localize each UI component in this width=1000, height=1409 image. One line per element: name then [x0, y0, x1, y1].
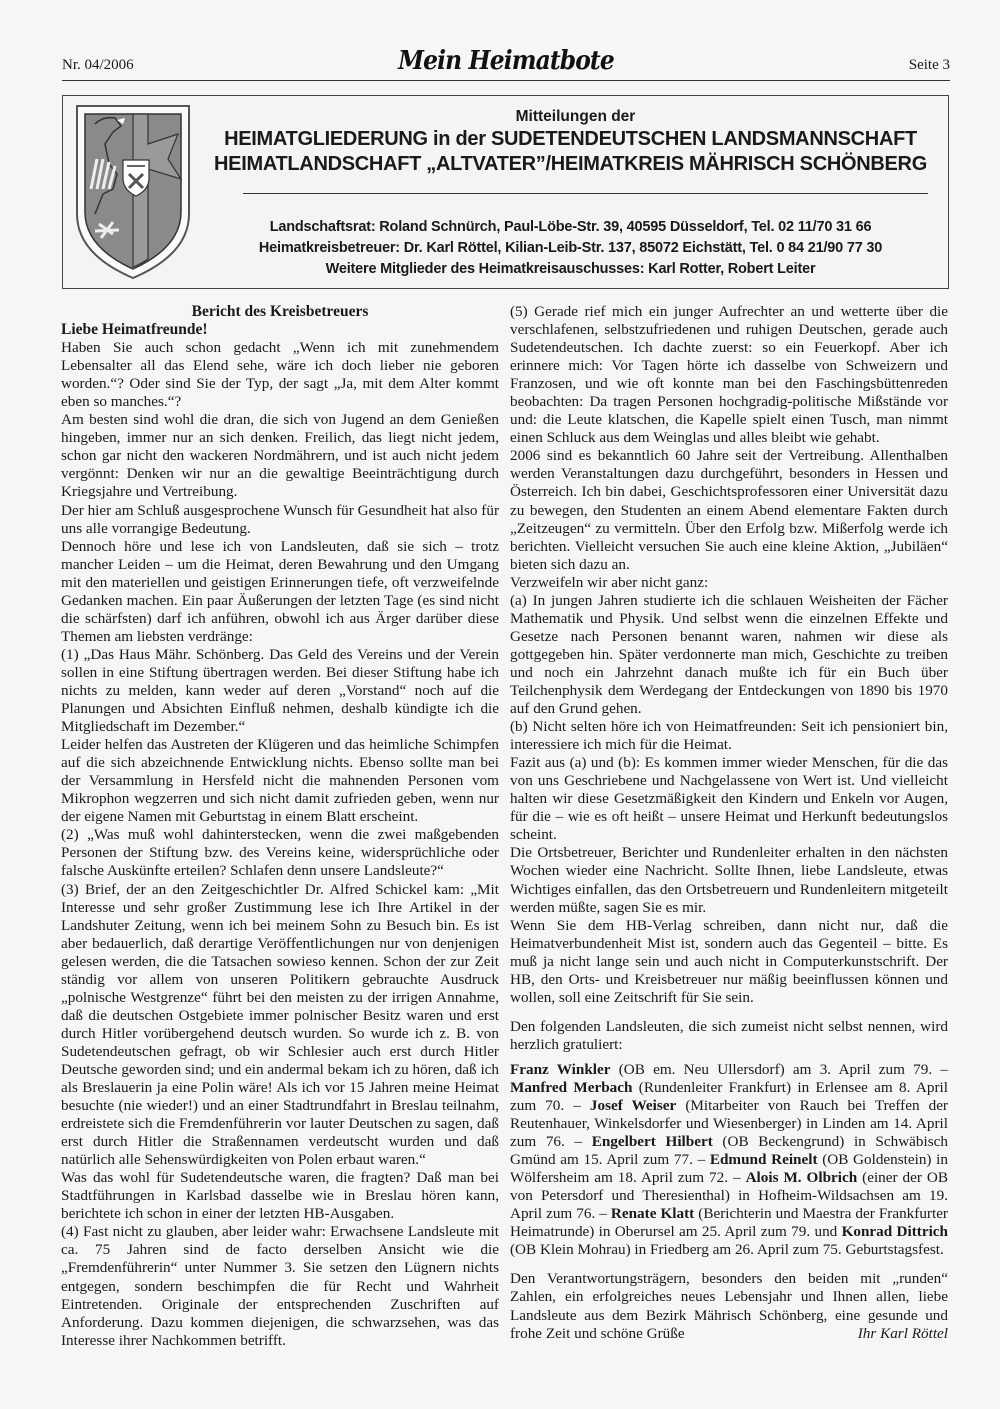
contact-landschaftsrat: Landschaftsrat: Roland Schnürch, Paul-Lö…	[203, 219, 938, 235]
organization-banner: Mitteilungen der HEIMATGLIEDERUNG in der…	[62, 95, 949, 289]
article-title: Bericht des Kreisbetreuers	[61, 303, 499, 321]
birthday-name: Josef Weiser	[590, 1097, 676, 1114]
paragraph: (2) „Was muß wohl dahinterstecken, wenn …	[61, 826, 499, 880]
birthday-list: Franz Winkler (OB em. Neu Ullersdorf) am…	[510, 1061, 948, 1260]
contact-heimatkreisbetreuer: Heimatkreisbetreuer: Dr. Karl Röttel, Ki…	[203, 240, 938, 256]
paragraph: (3) Brief, der an den Zeitgeschichtler D…	[61, 881, 499, 1170]
paragraph: (a) In jungen Jahren studierte ich die s…	[510, 592, 948, 718]
coat-of-arms-icon	[73, 104, 193, 280]
paragraph: Dennoch höre und lese ich von Landsleute…	[61, 538, 499, 646]
paragraph: 2006 sind es bekanntlich 60 Jahre seit d…	[510, 447, 948, 573]
paragraph: Der hier am Schluß ausgesprochene Wunsch…	[61, 502, 499, 538]
contact-members: Weitere Mitglieder des Heimatkreisauschu…	[203, 261, 938, 277]
paragraph: (5) Gerade rief mich ein junger Aufrecht…	[510, 303, 948, 447]
salutation: Liebe Heimatfreunde!	[61, 321, 499, 339]
article-column-right: (5) Gerade rief mich ein junger Aufrecht…	[510, 303, 948, 1343]
paragraph: Wenn Sie dem HB-Verlag schreiben, dann n…	[510, 917, 948, 1007]
birthday-name: Franz Winkler	[510, 1061, 610, 1078]
closing-paragraph: Den Verantwortungsträgern, besonders den…	[510, 1270, 948, 1342]
banner-title-line2: HEIMATLANDSCHAFT „ALTVATER”/HEIMATKREIS …	[203, 153, 938, 176]
banner-title-line1: HEIMATGLIEDERUNG in der SUDETENDEUTSCHEN…	[203, 128, 938, 151]
birthday-name: Engelbert Hilbert	[592, 1133, 713, 1150]
birthday-name: Alois M. Olbrich	[746, 1169, 858, 1186]
birthday-name: Manfred Merbach	[510, 1079, 632, 1096]
paragraph: Am besten sind wohl die dran, die sich v…	[61, 411, 499, 501]
paragraph: (b) Nicht selten höre ich von Heimatfreu…	[510, 718, 948, 754]
paragraph: Die Ortsbetreuer, Berichter und Rundenle…	[510, 844, 948, 916]
birthday-name: Renate Klatt	[611, 1205, 694, 1222]
paragraph: Was das wohl für Sudetendeutsche waren, …	[61, 1169, 499, 1223]
birthday-name: Edmund Reinelt	[710, 1151, 818, 1168]
issue-number: Nr. 04/2006	[62, 57, 134, 74]
paragraph: (4) Fast nicht zu glauben, aber leider w…	[61, 1223, 499, 1349]
paragraph: (1) „Das Haus Mähr. Schönberg. Das Geld …	[61, 646, 499, 736]
signature: Ihr Karl Röttel	[858, 1325, 948, 1343]
banner-divider	[243, 193, 928, 194]
page-number: Seite 3	[909, 57, 950, 74]
paragraph: Haben Sie auch schon gedacht „Wenn ich m…	[61, 339, 499, 411]
birthday-name: Konrad Dittrich	[842, 1223, 948, 1240]
paragraph: Leider helfen das Austreten der Klügeren…	[61, 736, 499, 826]
paragraph: Verzweifeln wir aber nicht ganz:	[510, 574, 948, 592]
article-column-left: Bericht des Kreisbetreuers Liebe Heimatf…	[61, 303, 499, 1350]
masthead-logo: Mein Heimatbote	[398, 46, 614, 76]
birthday-intro: Den folgenden Landsleuten, die sich zume…	[510, 1018, 948, 1054]
paragraph: Fazit aus (a) und (b): Es kommen immer w…	[510, 754, 948, 844]
banner-intro: Mitteilungen der	[63, 108, 948, 126]
page-header: Nr. 04/2006 Mein Heimatbote Seite 3	[62, 40, 950, 81]
